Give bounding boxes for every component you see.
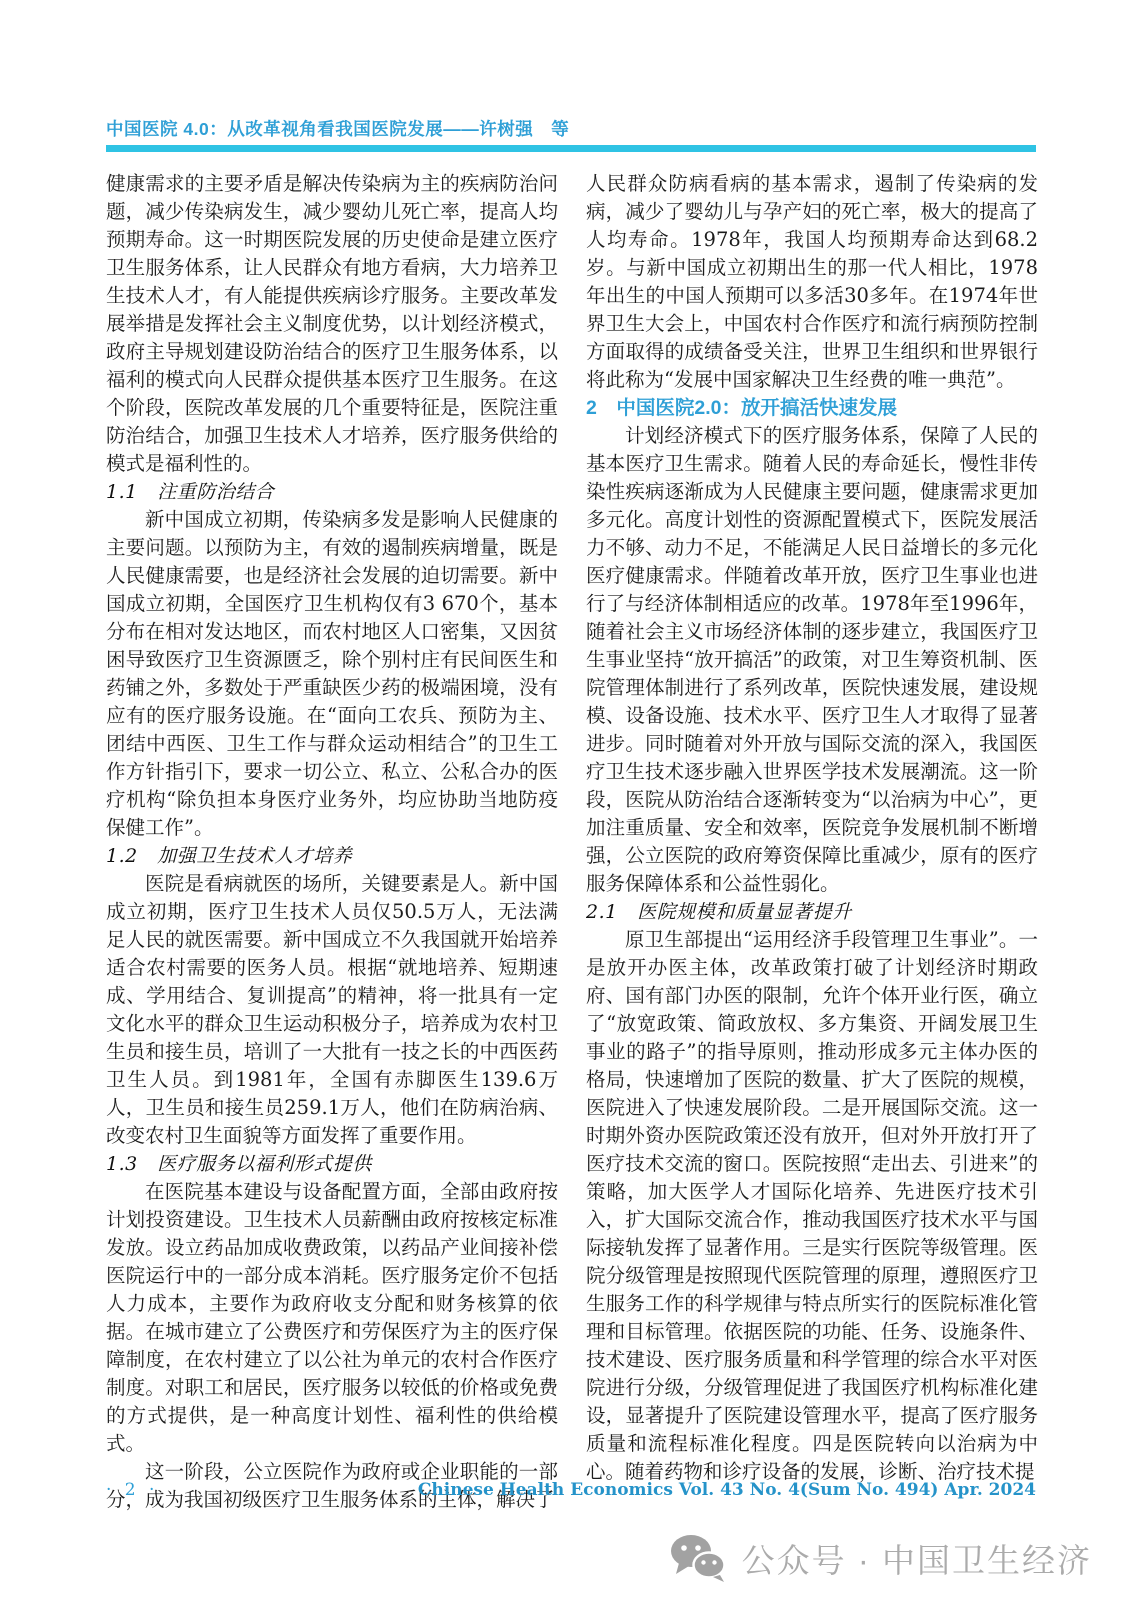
article-body: 健康需求的主要矛盾是解决传染病为主的疾病防治问题，减少传染病发生，减少婴幼儿死亡…: [106, 170, 1038, 1514]
page-number: · 2 ·: [106, 1480, 158, 1500]
subsection-heading: 2.1 医院规模和质量显著提升: [586, 898, 1038, 926]
paragraph: 人民群众防病看病的基本需求，遏制了传染病的发病，减少了婴幼儿与孕产妇的死亡率，极…: [586, 170, 1038, 394]
header-divider-bar: [106, 145, 1036, 152]
wechat-icon: [670, 1534, 726, 1582]
subsection-heading: 1.3 医疗服务以福利形式提供: [106, 1150, 558, 1178]
paragraph: 在医院基本建设与设备配置方面，全部由政府按计划投资建设。卫生技术人员薪酬由政府按…: [106, 1178, 558, 1458]
paragraph: 医院是看病就医的场所，关键要素是人。新中国成立初期，医疗卫生技术人员仅50.5万…: [106, 870, 558, 1150]
paragraph: 计划经济模式下的医疗服务体系，保障了人民的基本医疗卫生需求。随着人民的寿命延长，…: [586, 422, 1038, 898]
journal-footer-line: Chinese Health Economics Vol. 43 No. 4(S…: [418, 1480, 1036, 1500]
section-heading: 2 中国医院2.0：放开搞活快速发展: [586, 394, 1038, 422]
left-column: 健康需求的主要矛盾是解决传染病为主的疾病防治问题，减少传染病发生，减少婴幼儿死亡…: [106, 170, 558, 1514]
paragraph: 健康需求的主要矛盾是解决传染病为主的疾病防治问题，减少传染病发生，减少婴幼儿死亡…: [106, 170, 558, 478]
running-head-title: 中国医院 4.0：从改革视角看我国医院发展——许树强 等: [106, 116, 1036, 141]
paragraph: 原卫生部提出“运用经济手段管理卫生事业”。一是放开办医主体，改革政策打破了计划经…: [586, 926, 1038, 1486]
subsection-heading: 1.1 注重防治结合: [106, 478, 558, 506]
journal-page: 中国医院 4.0：从改革视角看我国医院发展——许树强 等 健康需求的主要矛盾是解…: [0, 0, 1140, 1600]
subsection-heading: 1.2 加强卫生技术人才培养: [106, 842, 558, 870]
paragraph: 新中国成立初期，传染病多发是影响人民健康的主要问题。以预防为主，有效的遏制疾病增…: [106, 506, 558, 842]
right-column: 人民群众防病看病的基本需求，遏制了传染病的发病，减少了婴幼儿与孕产妇的死亡率，极…: [586, 170, 1038, 1514]
wechat-watermark: 公众号 · 中国卫生经济: [670, 1534, 1092, 1582]
page-footer: · 2 · Chinese Health Economics Vol. 43 N…: [106, 1480, 1036, 1500]
watermark-text: 公众号 · 中国卫生经济: [742, 1535, 1092, 1582]
